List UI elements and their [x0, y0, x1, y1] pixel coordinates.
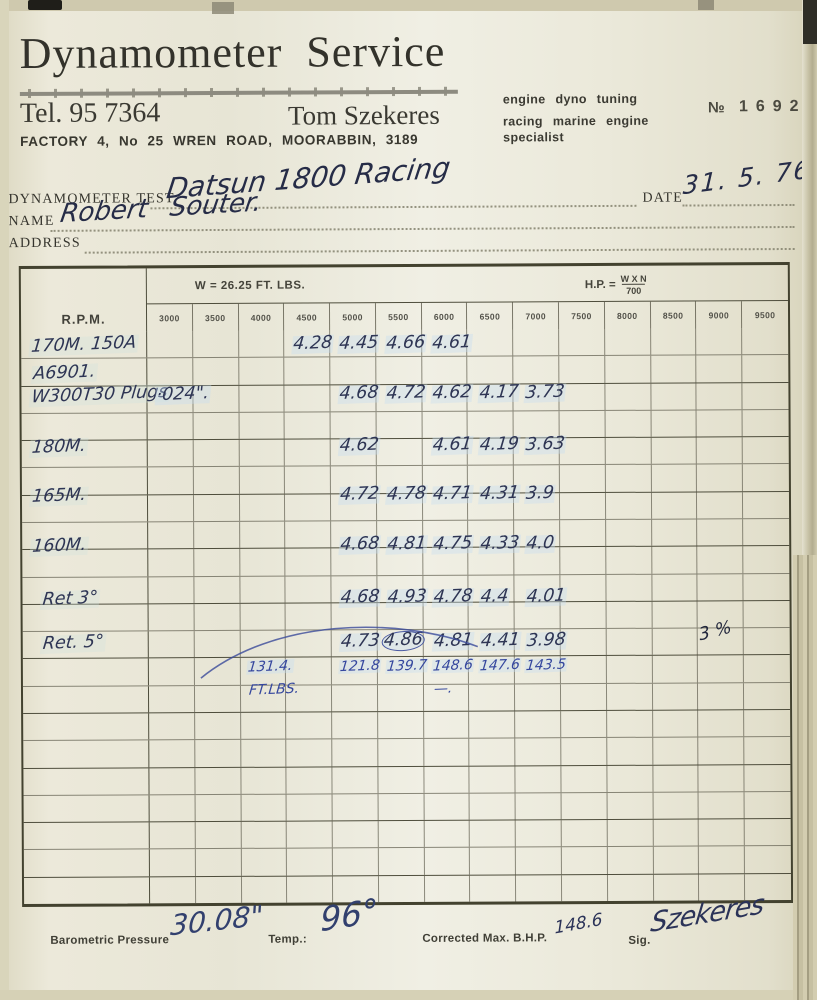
- table-cell: [559, 356, 605, 383]
- table-cell: [423, 575, 469, 602]
- table-cell: [242, 876, 288, 903]
- table-cell: [422, 330, 468, 357]
- table-cell: [22, 468, 148, 495]
- table-cell: [22, 550, 148, 577]
- table-cell: [331, 412, 377, 439]
- rpm-column-header: 7000: [513, 302, 559, 329]
- table-cell: [745, 846, 791, 873]
- table-cell: [744, 628, 790, 655]
- table-cell: [514, 520, 560, 547]
- table-cell: [560, 493, 606, 520]
- table-cell: [376, 357, 422, 384]
- telephone: Tel. 95 7364: [20, 97, 161, 130]
- specialty-line: racing marine engine: [503, 113, 649, 130]
- table-cell: [239, 331, 285, 358]
- table-cell: [22, 495, 148, 522]
- table-cell: [194, 576, 240, 603]
- table-cell: [195, 795, 241, 822]
- table-cell: [606, 465, 652, 492]
- table-cell: [378, 794, 424, 821]
- table-cell: [21, 331, 147, 358]
- table-cell: [607, 711, 653, 738]
- table-row: [24, 874, 791, 904]
- handwritten-bhp: 148.6: [554, 912, 603, 938]
- table-cell: [422, 439, 468, 466]
- table-row: [23, 628, 790, 659]
- table-cell: [423, 602, 469, 629]
- table-cell: [148, 495, 194, 522]
- table-cell: [469, 657, 515, 684]
- table-cell: [607, 656, 653, 683]
- table-cell: [149, 768, 195, 795]
- table-cell: [470, 711, 516, 738]
- table-cell: [468, 411, 514, 438]
- table-cell: [22, 522, 148, 549]
- table-cell: [607, 683, 653, 710]
- hp-fraction: W X N 700: [621, 274, 647, 296]
- table-cell: [562, 793, 608, 820]
- table-cell: [516, 875, 562, 902]
- table-row: [22, 410, 789, 441]
- scan-edge-bottom: [0, 990, 817, 1000]
- table-cell: [148, 440, 194, 467]
- table-row: [22, 546, 789, 577]
- table-cell: [149, 658, 195, 685]
- rpm-header-cell: R.P.M.: [21, 268, 147, 332]
- date-field-label: DATE: [642, 191, 683, 207]
- table-cell: [239, 385, 285, 412]
- table-cell: [332, 603, 378, 630]
- table-cell: [285, 494, 331, 521]
- table-cell: [515, 547, 561, 574]
- table-cell: [605, 383, 651, 410]
- table-cell: [560, 520, 606, 547]
- table-cell: [560, 411, 606, 438]
- table-cell: [469, 684, 515, 711]
- table-cell: [194, 522, 240, 549]
- table-cell: [653, 792, 699, 819]
- table-cell: [23, 604, 149, 631]
- hp-denominator: 700: [622, 284, 645, 296]
- table-cell: [607, 629, 653, 656]
- rpm-column-header: 4000: [239, 304, 285, 331]
- table-cell: [743, 546, 789, 573]
- table-cell: [422, 412, 468, 439]
- table-cell: [424, 712, 470, 739]
- table-cell: [150, 877, 196, 904]
- table-body: [21, 328, 791, 904]
- handwritten-temp: 96°: [320, 893, 378, 936]
- table-cell: [23, 686, 149, 713]
- table-cell: [284, 330, 330, 357]
- table-cell: [378, 630, 424, 657]
- table-cell: [742, 328, 788, 355]
- table-cell: [332, 712, 378, 739]
- table-cell: [195, 686, 241, 713]
- table-cell: [286, 603, 332, 630]
- handwritten-barometric: 30.08": [170, 902, 264, 941]
- table-cell: [424, 793, 470, 820]
- table-cell: [651, 328, 697, 355]
- table-cell: [148, 522, 194, 549]
- rpm-column-header: 5500: [376, 303, 422, 330]
- table-cell: [652, 547, 698, 574]
- table-cell: [468, 329, 514, 356]
- table-cell: [239, 412, 285, 439]
- table-cell: [149, 713, 195, 740]
- table-cell: [516, 766, 562, 793]
- table-cell: [147, 386, 193, 413]
- table-cell: [653, 765, 699, 792]
- table-cell: [24, 877, 150, 904]
- table-cell: [150, 795, 196, 822]
- rpm-column-header: 7500: [559, 302, 605, 329]
- table-cell: [23, 768, 149, 795]
- table-cell: [331, 494, 377, 521]
- table-cell: [608, 847, 654, 874]
- rpm-column-header: 4500: [284, 303, 330, 330]
- table-cell: [424, 739, 470, 766]
- table-cell: [470, 821, 516, 848]
- table-cell: [287, 767, 333, 794]
- table-cell: [652, 574, 698, 601]
- table-cell: [22, 413, 148, 440]
- table-cell: [561, 629, 607, 656]
- table-cell: [377, 494, 423, 521]
- table-cell: [699, 737, 745, 764]
- table-cell: [651, 438, 697, 465]
- table-row: [23, 601, 790, 632]
- table-cell: [285, 385, 331, 412]
- table-cell: [514, 411, 560, 438]
- table-cell: [147, 358, 193, 385]
- table-cell: [195, 740, 241, 767]
- table-cell: [470, 848, 516, 875]
- table-cell: [652, 519, 698, 546]
- table-cell: [379, 848, 425, 875]
- table-cell: [470, 766, 516, 793]
- table-cell: [469, 602, 515, 629]
- table-row: [23, 737, 790, 768]
- table-cell: [240, 576, 286, 603]
- table-cell: [285, 521, 331, 548]
- table-cell: [698, 628, 744, 655]
- table-cell: [745, 792, 791, 819]
- invoice-number: 1692: [739, 98, 807, 116]
- table-cell: [653, 683, 699, 710]
- table-cell: [652, 601, 698, 628]
- table-cell: [332, 739, 378, 766]
- table-cell: [651, 465, 697, 492]
- scan-edge-top: [0, 0, 817, 11]
- table-cell: [424, 684, 470, 711]
- table-row: [21, 383, 788, 414]
- table-cell: [22, 577, 148, 604]
- rpm-column-header: 3500: [193, 304, 239, 331]
- table-cell: [745, 819, 791, 846]
- table-cell: [606, 547, 652, 574]
- table-cell: [697, 492, 743, 519]
- table-cell: [515, 684, 561, 711]
- table-cell: [195, 767, 241, 794]
- table-cell: [562, 875, 608, 902]
- table-cell: [744, 574, 790, 601]
- name-field-line: [51, 225, 795, 232]
- table-cell: [743, 383, 789, 410]
- table-row: [24, 819, 791, 850]
- table-cell: [515, 629, 561, 656]
- table-cell: [330, 330, 376, 357]
- table-cell: [378, 739, 424, 766]
- table-cell: [742, 355, 788, 382]
- table-cell: [195, 822, 241, 849]
- table-cell: [744, 710, 790, 737]
- table-cell: [468, 493, 514, 520]
- table-cell: [379, 821, 425, 848]
- table-cell: [377, 548, 423, 575]
- table-cell: [425, 875, 471, 902]
- table-header: R.P.M. W = 26.25 FT. LBS. H.P. = W X N 7…: [21, 265, 788, 332]
- table-cell: [606, 438, 652, 465]
- table-cell: [23, 631, 149, 658]
- table-cell: [241, 740, 287, 767]
- table-cell: [515, 711, 561, 738]
- address-field-label: ADDRESS: [9, 236, 81, 252]
- table-cell: [285, 358, 331, 385]
- table-cell: [193, 440, 239, 467]
- table-cell: [697, 437, 743, 464]
- table-cell: [285, 412, 331, 439]
- table-cell: [424, 657, 470, 684]
- table-cell: [561, 738, 607, 765]
- table-cell: [606, 602, 652, 629]
- table-cell: [193, 358, 239, 385]
- table-cell: [514, 466, 560, 493]
- table-cell: [286, 549, 332, 576]
- table-cell: [333, 794, 379, 821]
- table-cell: [287, 849, 333, 876]
- table-cell: [608, 874, 654, 901]
- table-cell: [379, 876, 425, 903]
- table-cell: [331, 467, 377, 494]
- table-cell: [516, 820, 562, 847]
- table-cell: [469, 630, 515, 657]
- table-cell: [193, 385, 239, 412]
- table-cell: [330, 357, 376, 384]
- table-cell: [425, 848, 471, 875]
- table-cell: [743, 437, 789, 464]
- table-cell: [23, 713, 149, 740]
- table-cell: [147, 331, 193, 358]
- bhp-label: Corrected Max. B.H.P.: [422, 932, 547, 945]
- table-cell: [23, 659, 149, 686]
- table-row: [21, 328, 788, 359]
- scan-mark: [28, 0, 62, 10]
- rpm-column-header: 6500: [467, 302, 513, 329]
- table-cell: [651, 356, 697, 383]
- table-cell: [333, 767, 379, 794]
- table-cell: [423, 630, 469, 657]
- street-address: FACTORY 4, No 25 WREN ROAD, MOORABBIN, 3…: [20, 132, 418, 149]
- table-cell: [515, 657, 561, 684]
- table-cell: [514, 438, 560, 465]
- table-cell: [513, 329, 559, 356]
- table-cell: [559, 329, 605, 356]
- table-cell: [514, 356, 560, 383]
- table-cell: [424, 821, 470, 848]
- table-cell: [605, 411, 651, 438]
- table-cell: [698, 546, 744, 573]
- table-cell: [148, 577, 194, 604]
- table-row: [22, 492, 789, 523]
- table-cell: [422, 384, 468, 411]
- table-cell: [24, 795, 150, 822]
- table-cell: [560, 547, 606, 574]
- table-cell: [239, 358, 285, 385]
- table-cell: [148, 549, 194, 576]
- table-cell: [241, 849, 287, 876]
- rpm-column-header: 5000: [330, 303, 376, 330]
- table-cell: [697, 465, 743, 492]
- hp-formula: H.P. = W X N 700: [585, 274, 647, 296]
- invoice-number-label: №: [708, 99, 725, 116]
- table-cell: [516, 793, 562, 820]
- table-row: [22, 574, 789, 605]
- table-cell: [150, 822, 196, 849]
- table-cell: [515, 575, 561, 602]
- paper: Dynamometer Service Tel. 95 7364 Tom Sze…: [0, 0, 817, 1000]
- table-cell: [698, 656, 744, 683]
- sig-label: Sig.: [628, 935, 650, 947]
- table-cell: [241, 713, 287, 740]
- table-cell: [377, 521, 423, 548]
- table-cell: [653, 820, 699, 847]
- table-cell: [23, 741, 149, 768]
- rpm-column-header: 8500: [651, 301, 697, 328]
- scan-edge-left: [0, 0, 9, 1000]
- table-cell: [514, 384, 560, 411]
- table-cell: [377, 439, 423, 466]
- table-cell: [149, 631, 195, 658]
- table-cell: [240, 603, 286, 630]
- table-cell: [286, 658, 332, 685]
- table-cell: [605, 356, 651, 383]
- table-cell: [562, 820, 608, 847]
- rpm-column-header: 9500: [742, 301, 788, 328]
- table-cell: [699, 847, 745, 874]
- scan-mark: [698, 0, 714, 10]
- table-cell: [377, 466, 423, 493]
- scan-mark: [212, 2, 234, 14]
- table-cell: [470, 875, 516, 902]
- table-cell: [608, 820, 654, 847]
- table-row: [23, 683, 790, 714]
- table-cell: [377, 575, 423, 602]
- table-cell: [561, 765, 607, 792]
- temp-label: Temp.:: [268, 934, 307, 946]
- table-cell: [332, 685, 378, 712]
- table-cell: [241, 685, 287, 712]
- table-cell: [240, 631, 286, 658]
- table-cell: [241, 767, 287, 794]
- table-cell: [21, 386, 147, 413]
- table-cell: [469, 548, 515, 575]
- table-cell: [743, 492, 789, 519]
- table-row: [24, 846, 791, 877]
- table-cell: [286, 685, 332, 712]
- table-cell: [149, 740, 195, 767]
- table-cell: [194, 631, 240, 658]
- table-cell: [196, 849, 242, 876]
- header-rule: [20, 87, 458, 98]
- specialty-block: engine dyno tuning racing marine engine …: [503, 91, 649, 146]
- table-cell: [606, 520, 652, 547]
- table-cell: [560, 465, 606, 492]
- table-cell: [240, 549, 286, 576]
- table-cell: [514, 493, 560, 520]
- handwritten-date: 31. 5. 76.: [682, 155, 817, 198]
- table-cell: [654, 874, 700, 901]
- table-cell: [516, 848, 562, 875]
- table-cell: [651, 410, 697, 437]
- rpm-column-header: 9000: [696, 301, 742, 328]
- table-cell: [697, 383, 743, 410]
- table-cell: [699, 819, 745, 846]
- table-cell: [376, 384, 422, 411]
- table-cell: [240, 522, 286, 549]
- table-row: [23, 765, 790, 796]
- business-title: Dynamometer Service: [20, 26, 446, 79]
- rpm-column-header: 6000: [422, 303, 468, 330]
- table-cell: [331, 548, 377, 575]
- table-cell: [424, 766, 470, 793]
- table-cell: [697, 356, 743, 383]
- table-cell: [376, 330, 422, 357]
- table-cell: [423, 521, 469, 548]
- table-cell: [468, 439, 514, 466]
- barometric-label: Barometric Pressure: [50, 934, 169, 947]
- hp-numerator: W X N: [621, 274, 647, 284]
- table-cell: [744, 655, 790, 682]
- table-cell: [24, 850, 150, 877]
- table-cell: [607, 765, 653, 792]
- table-cell: [470, 739, 516, 766]
- table-cell: [378, 685, 424, 712]
- table-cell: [287, 740, 333, 767]
- table-cell: [698, 683, 744, 710]
- rpm-column-header: 3000: [147, 304, 193, 331]
- table-cell: [653, 847, 699, 874]
- table-cell: [605, 329, 651, 356]
- table-cell: [561, 656, 607, 683]
- specialty-line: engine dyno tuning: [503, 91, 649, 108]
- table-cell: [559, 384, 605, 411]
- table-cell: [652, 656, 698, 683]
- proprietor-name: Tom Szekeres: [288, 100, 440, 132]
- table-row: [22, 464, 789, 495]
- scan-page-stack: [793, 555, 817, 1000]
- scanned-dyno-sheet: Dynamometer Service Tel. 95 7364 Tom Sze…: [0, 0, 817, 1000]
- table-cell: [21, 359, 147, 386]
- table-cell: [286, 712, 332, 739]
- table-cell: [332, 658, 378, 685]
- table-cell: [743, 464, 789, 491]
- hp-label: H.P. =: [585, 279, 616, 291]
- table-cell: [194, 495, 240, 522]
- specialty-line: specialist: [503, 129, 649, 146]
- table-cell: [148, 468, 194, 495]
- table-cell: [744, 601, 790, 628]
